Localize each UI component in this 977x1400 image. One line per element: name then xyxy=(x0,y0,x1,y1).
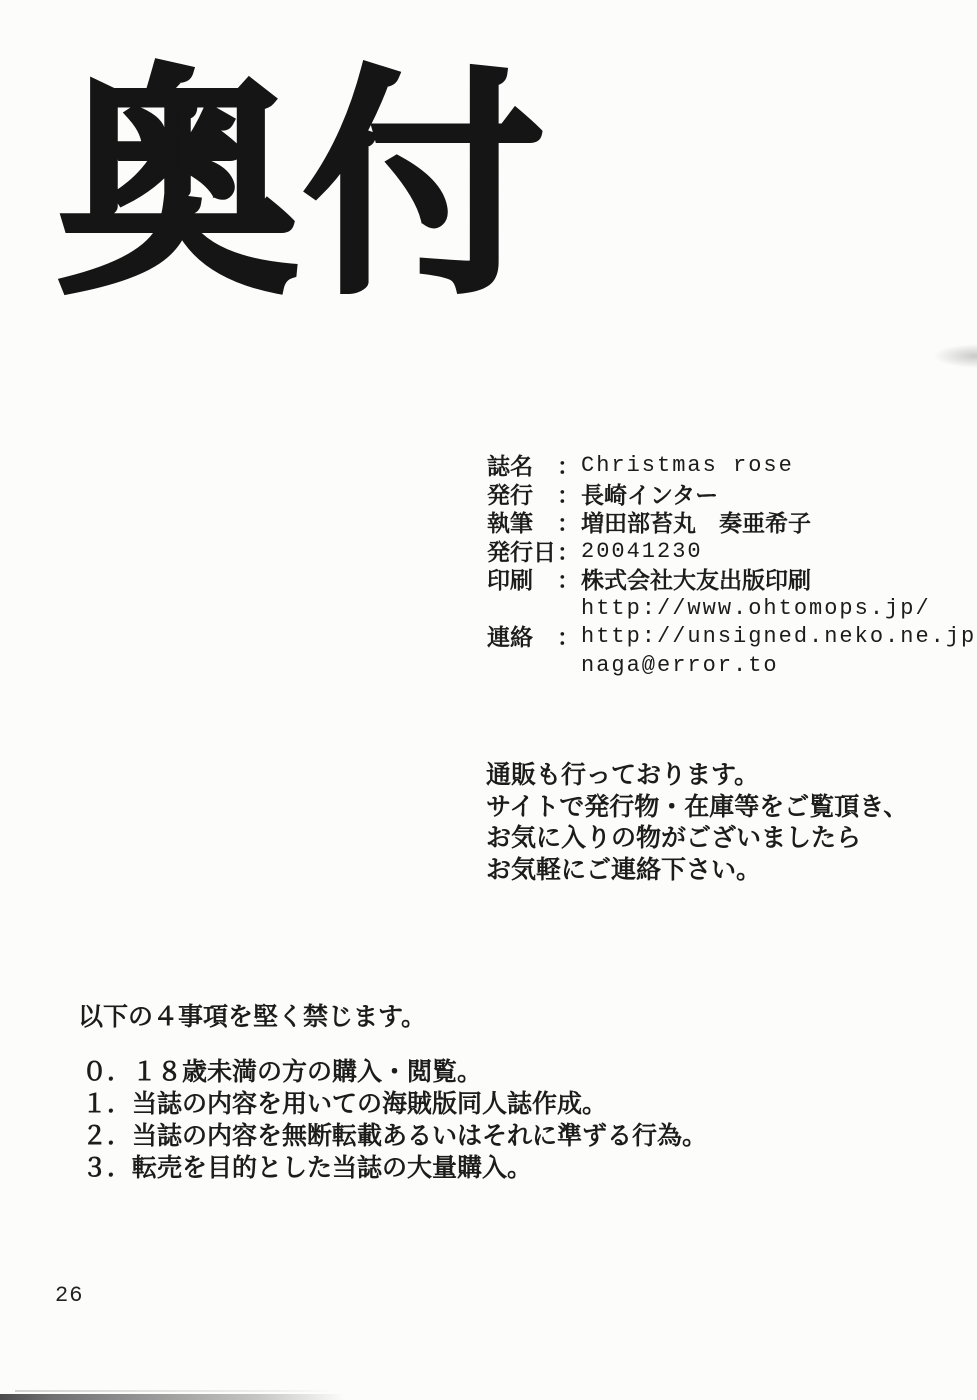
colophon-colon: ： xyxy=(557,623,581,652)
colophon-row-authors: 執筆 ： 増田部苔丸 奏亜希子 xyxy=(487,509,977,538)
mail-order-note: 通販も行っております。 サイトで発行物・在庫等をご覧頂き、 お気に入りの物がござ… xyxy=(486,760,908,886)
mail-order-line: お気軽にご連絡下さい。 xyxy=(486,855,908,887)
colophon-value-contact-email: naga@error.to xyxy=(581,652,779,681)
colophon-row-contact: 連絡 ： http://unsigned.neko.ne.jp/ xyxy=(487,623,977,652)
colophon-value-book-title: Christmas rose xyxy=(581,452,794,481)
colophon-value-publish-date: 20041230 xyxy=(581,538,703,567)
colophon-row-printer: 印刷 ： 株式会社大友出版印刷 xyxy=(487,566,977,595)
colophon-label: 発行 xyxy=(487,481,557,510)
colophon-colon: ： xyxy=(557,538,581,567)
page-number: 26 xyxy=(55,1283,83,1308)
colophon-colon: ： xyxy=(557,509,581,538)
colophon-label: 連絡 xyxy=(487,623,557,652)
mail-order-line: 通販も行っております。 xyxy=(486,760,908,792)
colophon-value-printer: 株式会社大友出版印刷 xyxy=(581,566,811,595)
prohibition-item: ３．転売を目的とした当誌の大量購入。 xyxy=(82,1152,707,1184)
colophon-label: 執筆 xyxy=(487,509,557,538)
page-title: 奥付 xyxy=(58,52,550,321)
colophon-colon: ： xyxy=(557,566,581,595)
colophon-colon xyxy=(557,595,581,624)
colophon-value-printer-url: http://www.ohtomops.jp/ xyxy=(581,595,931,624)
scan-edge-artifact-faint xyxy=(15,1390,335,1392)
colophon-colon xyxy=(557,652,581,681)
colophon-label xyxy=(487,652,557,681)
colophon-row-publisher: 発行 ： 長崎インター xyxy=(487,481,977,510)
scan-smudge-artifact xyxy=(933,344,977,368)
colophon-label xyxy=(487,595,557,624)
prohibition-item: ２．当誌の内容を無断転載あるいはそれに準ずる行為。 xyxy=(82,1120,707,1152)
colophon-value-publisher: 長崎インター xyxy=(581,481,718,510)
prohibition-item: １．当誌の内容を用いての海賊版同人誌作成。 xyxy=(82,1088,707,1120)
colophon-label: 印刷 xyxy=(487,566,557,595)
mail-order-line: お気に入りの物がございましたら xyxy=(486,823,908,855)
colophon-label: 誌名 xyxy=(487,452,557,481)
prohibition-header: 以下の４事項を堅く禁じます。 xyxy=(78,1003,707,1031)
scan-edge-artifact xyxy=(0,1394,345,1400)
prohibition-item: ０．１８歳未満の方の購入・閲覧。 xyxy=(82,1056,707,1088)
prohibition-block: 以下の４事項を堅く禁じます。 ０．１８歳未満の方の購入・閲覧。 １．当誌の内容を… xyxy=(78,1003,707,1184)
scanned-colophon-page: 奥付 誌名 ： Christmas rose 発行 ： 長崎インター 執筆 ： … xyxy=(0,0,977,1400)
colophon-block: 誌名 ： Christmas rose 発行 ： 長崎インター 執筆 ： 増田部… xyxy=(487,452,977,680)
colophon-row-printer-url: http://www.ohtomops.jp/ xyxy=(487,595,977,624)
colophon-label: 発行日 xyxy=(487,538,557,567)
mail-order-line: サイトで発行物・在庫等をご覧頂き、 xyxy=(486,792,908,824)
colophon-row-title: 誌名 ： Christmas rose xyxy=(487,452,977,481)
colophon-colon: ： xyxy=(557,452,581,481)
colophon-row-contact-email: naga@error.to xyxy=(487,652,977,681)
colophon-colon: ： xyxy=(557,481,581,510)
colophon-value-authors: 増田部苔丸 奏亜希子 xyxy=(581,509,811,538)
colophon-row-publish-date: 発行日 ： 20041230 xyxy=(487,538,977,567)
colophon-value-contact-url: http://unsigned.neko.ne.jp/ xyxy=(581,623,977,652)
